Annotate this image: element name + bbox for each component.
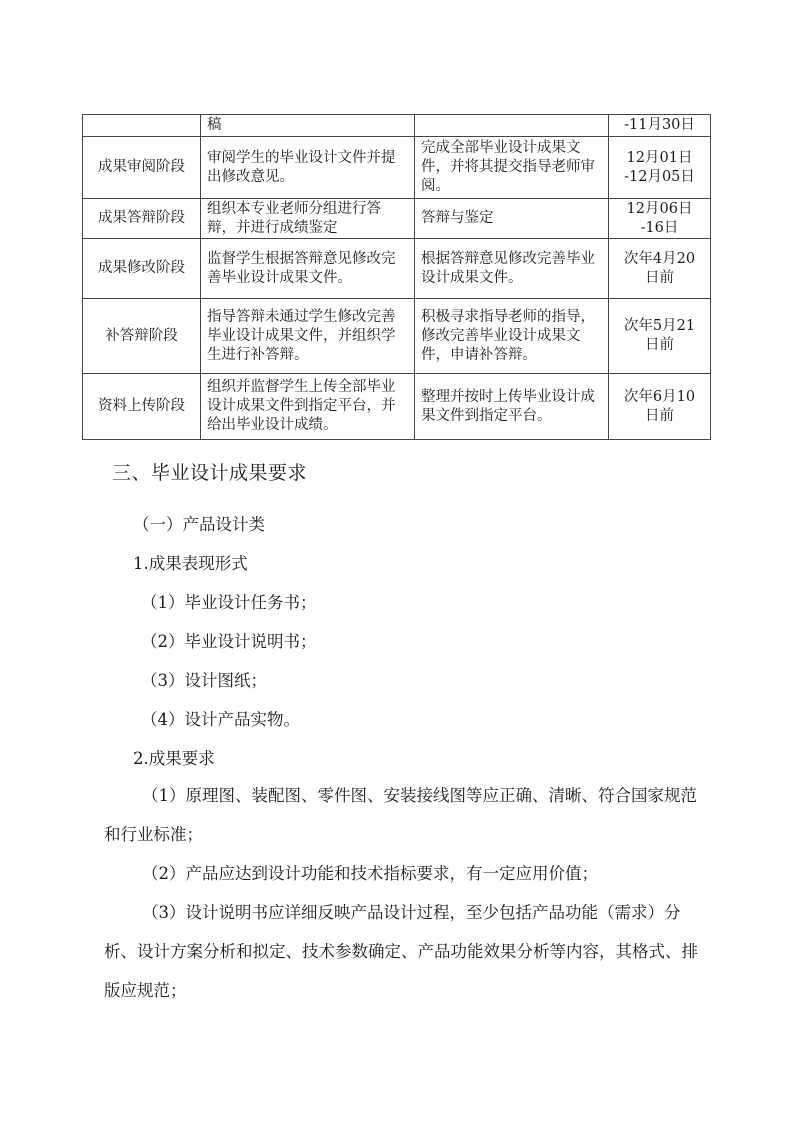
table-row: 资料上传阶段 组织并监督学生上传全部毕业设计成果文件到指定平台，并给出毕业设计成… bbox=[83, 374, 711, 440]
subheading: （一）产品设计类 bbox=[133, 511, 265, 535]
date-cell: 12月01日 -12月05日 bbox=[609, 137, 711, 199]
date-line: 次年6月10 bbox=[615, 388, 704, 407]
list-item: （1）毕业设计任务书； bbox=[141, 589, 317, 613]
date-line: 12月01日 bbox=[615, 149, 704, 168]
date-cell: 次年5月21 日前 bbox=[609, 299, 711, 374]
requirement-paragraph: （3）设计说明书应详细反映产品设计过程，至少包括产品功能（需求）分析、设计方案分… bbox=[104, 893, 712, 1010]
student-task-cell: 整理并按时上传毕业设计成果文件到指定平台。 bbox=[415, 374, 609, 440]
document-page: 稿 -11月30日 成果审阅阶段 审阅学生的毕业设计文件并提出修改意见。 完成全… bbox=[0, 0, 793, 1122]
list-item: （2）毕业设计说明书； bbox=[141, 628, 317, 652]
item2-title: 2.成果要求 bbox=[133, 745, 215, 769]
date-line: 日前 bbox=[615, 269, 704, 288]
date-line: 次年4月20 bbox=[615, 250, 704, 269]
date-cell: -11月30日 bbox=[609, 115, 711, 137]
schedule-table: 稿 -11月30日 成果审阅阶段 审阅学生的毕业设计文件并提出修改意见。 完成全… bbox=[82, 114, 711, 440]
requirement-paragraph: （1）原理图、装配图、零件图、安装接线图等应正确、清晰、符合国家规范和行业标准； bbox=[104, 776, 712, 854]
stage-cell: 成果修改阶段 bbox=[83, 239, 201, 299]
teacher-task-cell: 审阅学生的毕业设计文件并提出修改意见。 bbox=[201, 137, 415, 199]
teacher-task-cell: 指导答辩未通过学生修改完善毕业设计成果文件，并组织学生进行补答辩。 bbox=[201, 299, 415, 374]
list-item: （3）设计图纸； bbox=[141, 667, 267, 691]
date-line: 次年5月21 bbox=[615, 317, 704, 336]
stage-cell: 补答辩阶段 bbox=[83, 299, 201, 374]
stage-cell: 资料上传阶段 bbox=[83, 374, 201, 440]
teacher-task-cell: 组织并监督学生上传全部毕业设计成果文件到指定平台，并给出毕业设计成绩。 bbox=[201, 374, 415, 440]
teacher-task-cell: 监督学生根据答辩意见修改完善毕业设计成果文件。 bbox=[201, 239, 415, 299]
student-task-cell bbox=[415, 115, 609, 137]
student-task-cell: 答辩与鉴定 bbox=[415, 199, 609, 239]
teacher-task-cell: 组织本专业老师分组进行答辩，并进行成绩鉴定 bbox=[201, 199, 415, 239]
stage-cell bbox=[83, 115, 201, 137]
requirement-paragraph: （2）产品应达到设计功能和技术指标要求，有一定应用价值； bbox=[104, 854, 712, 893]
date-line: 日前 bbox=[615, 336, 704, 355]
student-task-cell: 根据答辩意见修改完善毕业设计成果文件。 bbox=[415, 239, 609, 299]
date-cell: 12月06日 -16日 bbox=[609, 199, 711, 239]
date-line: -16日 bbox=[615, 219, 704, 238]
date-cell: 次年6月10 日前 bbox=[609, 374, 711, 440]
list-item: （4）设计产品实物。 bbox=[141, 706, 300, 730]
table-row: 成果答辩阶段 组织本专业老师分组进行答辩，并进行成绩鉴定 答辩与鉴定 12月06… bbox=[83, 199, 711, 239]
date-line: 日前 bbox=[615, 407, 704, 426]
student-task-cell: 完成全部毕业设计成果文件，并将其提交指导老师审阅。 bbox=[415, 137, 609, 199]
section-heading: 三、毕业设计成果要求 bbox=[112, 458, 307, 485]
item1-title: 1.成果表现形式 bbox=[133, 550, 248, 574]
teacher-task-cell: 稿 bbox=[201, 115, 415, 137]
stage-cell: 成果答辩阶段 bbox=[83, 199, 201, 239]
table-row: 稿 -11月30日 bbox=[83, 115, 711, 137]
date-line: -12月05日 bbox=[615, 168, 704, 187]
student-task-cell: 积极寻求指导老师的指导，修改完善毕业设计成果文件，申请补答辩。 bbox=[415, 299, 609, 374]
date-cell: 次年4月20 日前 bbox=[609, 239, 711, 299]
table-row: 成果修改阶段 监督学生根据答辩意见修改完善毕业设计成果文件。 根据答辩意见修改完… bbox=[83, 239, 711, 299]
table-row: 补答辩阶段 指导答辩未通过学生修改完善毕业设计成果文件，并组织学生进行补答辩。 … bbox=[83, 299, 711, 374]
stage-cell: 成果审阅阶段 bbox=[83, 137, 201, 199]
date-line: 12月06日 bbox=[615, 200, 704, 219]
table-row: 成果审阅阶段 审阅学生的毕业设计文件并提出修改意见。 完成全部毕业设计成果文件，… bbox=[83, 137, 711, 199]
